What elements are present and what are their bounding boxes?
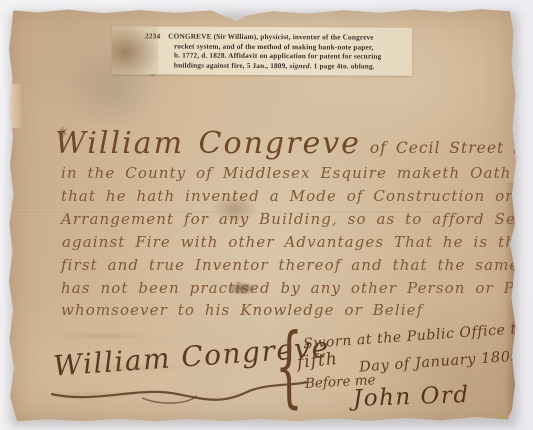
label-signed-word: signed [289,61,309,70]
catalog-label: 2234CONGREVE (Sir William), physicist, i… [112,26,412,76]
manuscript-opening-line: William Congreve of Cecil Street in the … [55,126,533,161]
signature-flourish [47,374,312,406]
document-paper: 2234CONGREVE (Sir William), physicist, i… [7,8,517,422]
manuscript-line: in the County of Middlesex Esquire maket… [61,164,528,182]
manuscript-line: Arrangement for any Building, so as to a… [61,210,533,228]
sworn-day-word: fifth [296,349,339,373]
sworn-date-line: Day of January 1809 [359,348,521,375]
manuscript-name: William Congreve [55,126,361,161]
label-stain [112,26,158,74]
label-line-4-text: buildings against fire, 5 Jan., 1809, [174,60,289,70]
manuscript-opening-rest: of Cecil Street in the Strand [361,139,533,157]
officiant-signature: John Ord [353,382,470,412]
manuscript-line: first and true Inventor thereof and that… [61,256,519,274]
sworn-statement: Sworn at the Public Office this [303,320,533,352]
manuscript-line: against Fire with other Advantages That … [62,233,526,251]
label-line-4-end: . 1 page 4to. oblong. [310,61,375,70]
photo-background: 2234CONGREVE (Sir William), physicist, i… [0,0,533,430]
manuscript-line: has not been practised by any other Pers… [61,279,533,297]
label-heading: CONGREVE (Sir William), physicist, inven… [168,32,373,42]
manuscript-line: whomsoever to his Knowledge or Belief [61,301,423,319]
manuscript-line: that he hath invented a Mode of Construc… [61,187,514,205]
